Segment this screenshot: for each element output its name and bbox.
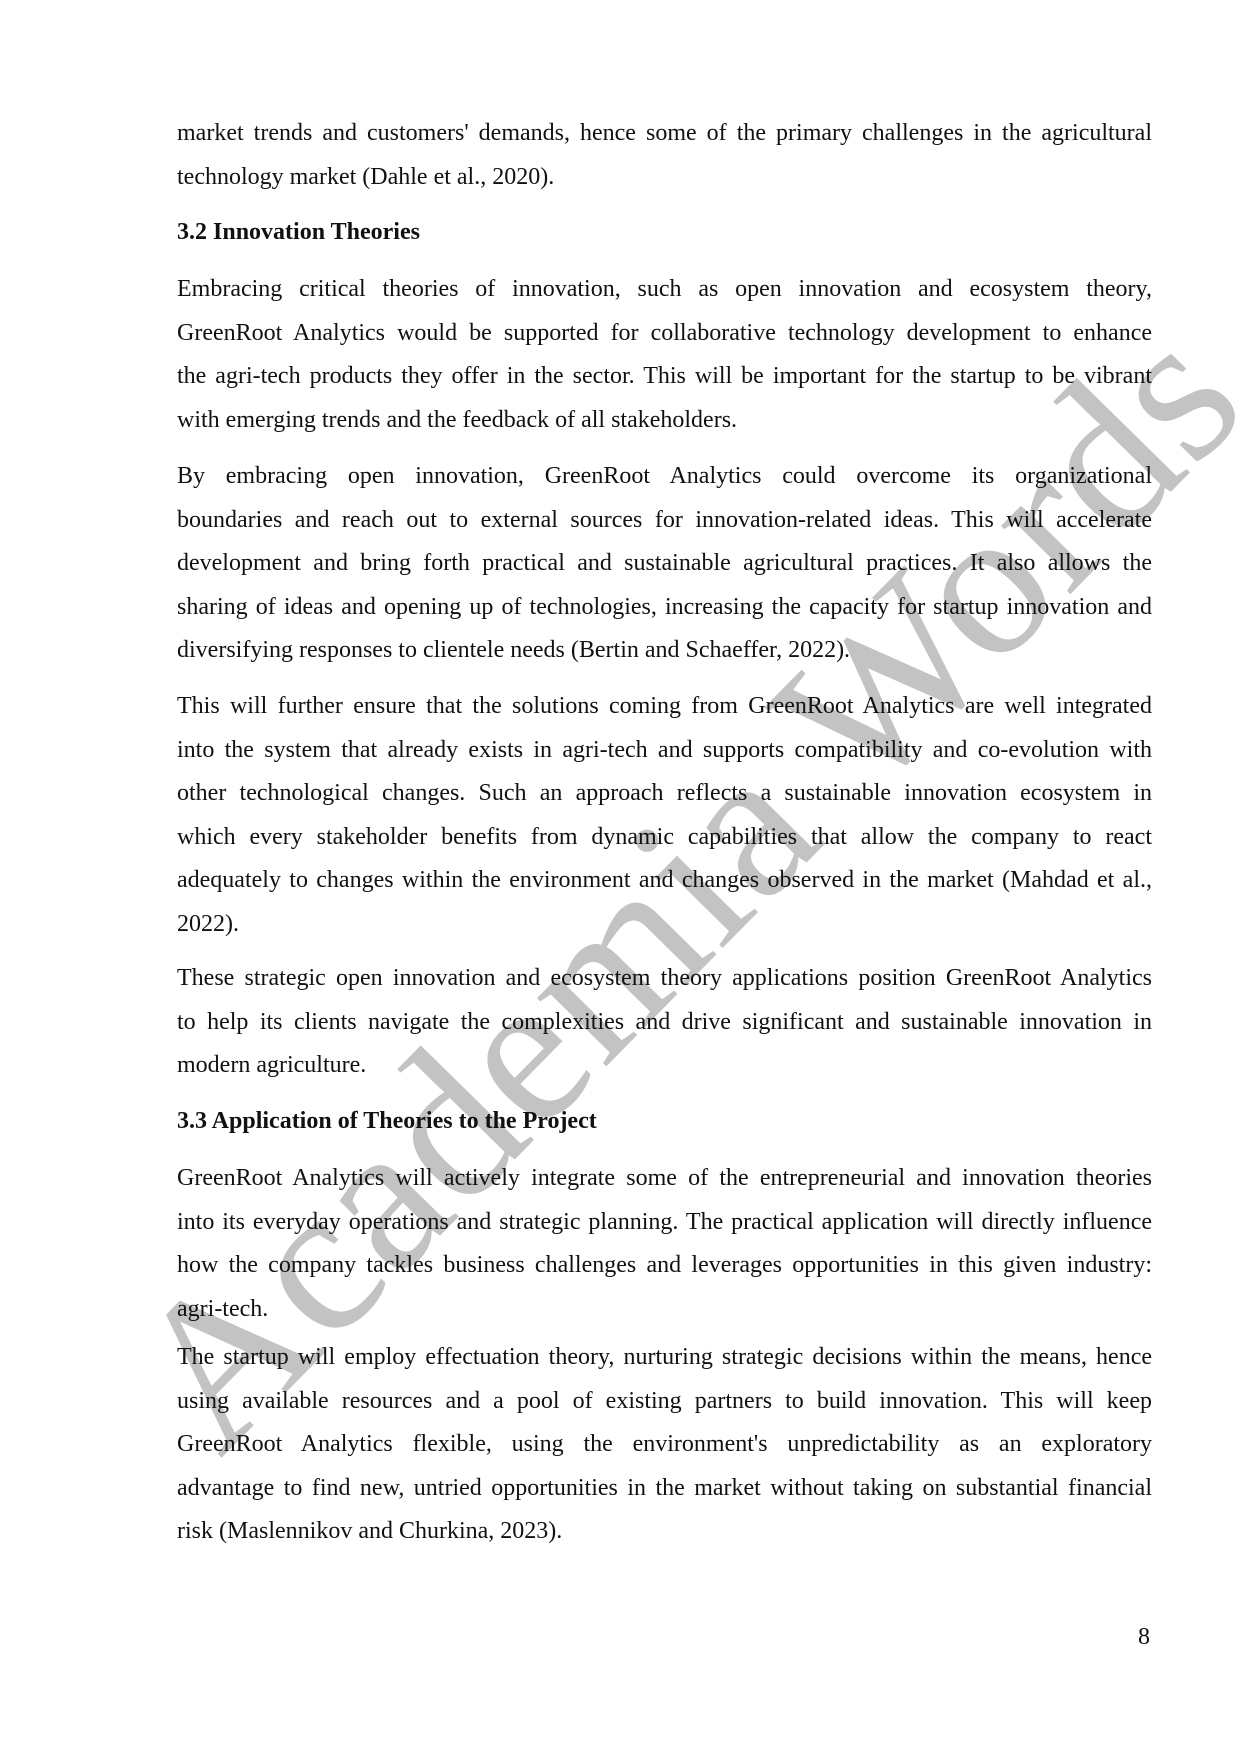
text-line: using available resources and a pool of … [177,1380,1152,1424]
paragraph-open-innovation: By embracing open innovation, GreenRoot … [177,455,1152,673]
text-line: the agri-tech products they offer in the… [177,355,1152,399]
text-line: By embracing open innovation, GreenRoot … [177,455,1152,499]
text-line: development and bring forth practical an… [177,542,1152,586]
text-line: to help its clients navigate the complex… [177,1001,1152,1045]
text-line: modern agriculture. [177,1044,1152,1088]
text-line: advantage to find new, untried opportuni… [177,1467,1152,1511]
text-line: The startup will employ effectuation the… [177,1336,1152,1380]
text-line: 2022). [177,903,1152,947]
paragraph-integration: This will further ensure that the soluti… [177,685,1152,946]
text-line: These strategic open innovation and ecos… [177,957,1152,1001]
document-page: Academia Words market trends and custome… [0,0,1240,1755]
text-line: agri-tech. [177,1288,1152,1332]
text-line: risk (Maslennikov and Churkina, 2023). [177,1510,1152,1554]
text-line: GreenRoot Analytics will actively integr… [177,1157,1152,1201]
text-line: into the system that already exists in a… [177,729,1152,773]
text-line: with emerging trends and the feedback of… [177,399,1152,443]
text-line: Embracing critical theories of innovatio… [177,268,1152,312]
paragraph-innovation-theories: Embracing critical theories of innovatio… [177,268,1152,442]
text-line: This will further ensure that the soluti… [177,685,1152,729]
paragraph-effectuation: The startup will employ effectuation the… [177,1336,1152,1554]
text-line: GreenRoot Analytics would be supported f… [177,312,1152,356]
text-line: which every stakeholder benefits from dy… [177,816,1152,860]
text-line: boundaries and reach out to external sou… [177,499,1152,543]
text-line: how the company tackles business challen… [177,1244,1152,1288]
text-line: other technological changes. Such an app… [177,772,1152,816]
text-line: into its everyday operations and strateg… [177,1201,1152,1245]
section-heading-3-3: 3.3 Application of Theories to the Proje… [177,1100,1152,1144]
text-line: adequately to changes within the environ… [177,859,1152,903]
text-line: diversifying responses to clientele need… [177,629,1152,673]
section-heading-3-2: 3.2 Innovation Theories [177,211,1152,255]
text-line: market trends and customers' demands, he… [177,112,1152,156]
paragraph-strategic-applications: These strategic open innovation and ecos… [177,957,1152,1088]
page-number: 8 [1138,1616,1150,1660]
paragraph-application: GreenRoot Analytics will actively integr… [177,1157,1152,1331]
paragraph-continuation: market trends and customers' demands, he… [177,112,1152,199]
text-line: GreenRoot Analytics flexible, using the … [177,1423,1152,1467]
text-line: technology market (Dahle et al., 2020). [177,156,1152,200]
text-line: sharing of ideas and opening up of techn… [177,586,1152,630]
